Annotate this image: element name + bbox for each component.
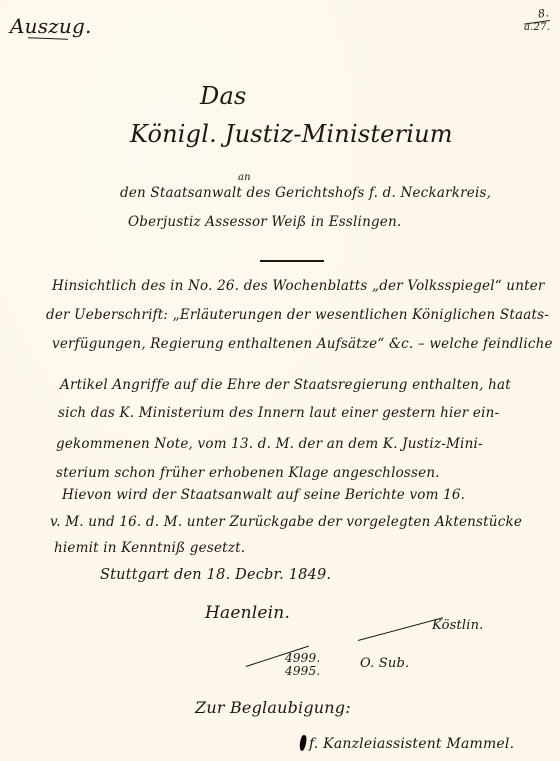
signature-stroke: [358, 617, 443, 641]
section-divider: [260, 260, 324, 262]
title-preposition: an: [238, 172, 251, 183]
body-line: Hievon wird der Staatsanwalt auf seine B…: [62, 487, 465, 503]
signature-primary: Haenlein.: [205, 603, 290, 623]
addressee-line-2: Oberjustiz Assessor Weiß in Esslingen.: [128, 214, 401, 230]
signature-secondary: Köstlin.: [432, 618, 484, 633]
certification-label: Zur Beglaubigung:: [195, 698, 351, 717]
body-line: hiemit in Kenntniß gesetzt.: [54, 540, 245, 556]
certification-signer: f. Kanzleiassistent Mammel.: [309, 736, 514, 752]
body-line: v. M. und 16. d. M. unter Zurückgabe der…: [50, 514, 522, 530]
body-line: gekommenen Note, vom 13. d. M. der an de…: [56, 436, 483, 452]
ink-blot: [299, 735, 308, 752]
body-line: verfügungen, Regierung enthaltenen Aufsä…: [52, 336, 553, 352]
body-line: Artikel Angriffe auf die Ehre der Staats…: [60, 377, 511, 393]
body-line: sich das K. Ministerium des Innern laut …: [58, 405, 499, 421]
addressee-line-1: den Staatsanwalt des Gerichtshofs f. d. …: [120, 185, 491, 201]
body-line: sterium schon früher erhobenen Klage ang…: [56, 465, 440, 481]
manuscript-page: Auszug. 8. a.27. Das Königl. Justiz-Mini…: [0, 0, 560, 761]
ministry-title: Königl. Justiz-Ministerium: [130, 120, 453, 148]
registry-numbers: 4999. 4995.: [285, 652, 320, 678]
body-line: der Ueberschrift: „Erläuterungen der wes…: [46, 307, 549, 323]
body-line: Hinsichtlich des in No. 26. des Wochenbl…: [52, 278, 545, 294]
place-date: Stuttgart den 18. Decbr. 1849.: [100, 567, 331, 583]
title-article: Das: [200, 82, 246, 110]
registry-number-1: 4999.: [285, 651, 320, 665]
excerpt-label: Auszug.: [10, 14, 92, 38]
registry-number-2: 4995.: [285, 664, 320, 678]
registry-note: O. Sub.: [360, 656, 409, 671]
flourish-underline: [28, 37, 68, 39]
folio-number: 8. a.27.: [524, 6, 550, 35]
certification-signature: f. Kanzleiassistent Mammel.: [300, 735, 514, 752]
